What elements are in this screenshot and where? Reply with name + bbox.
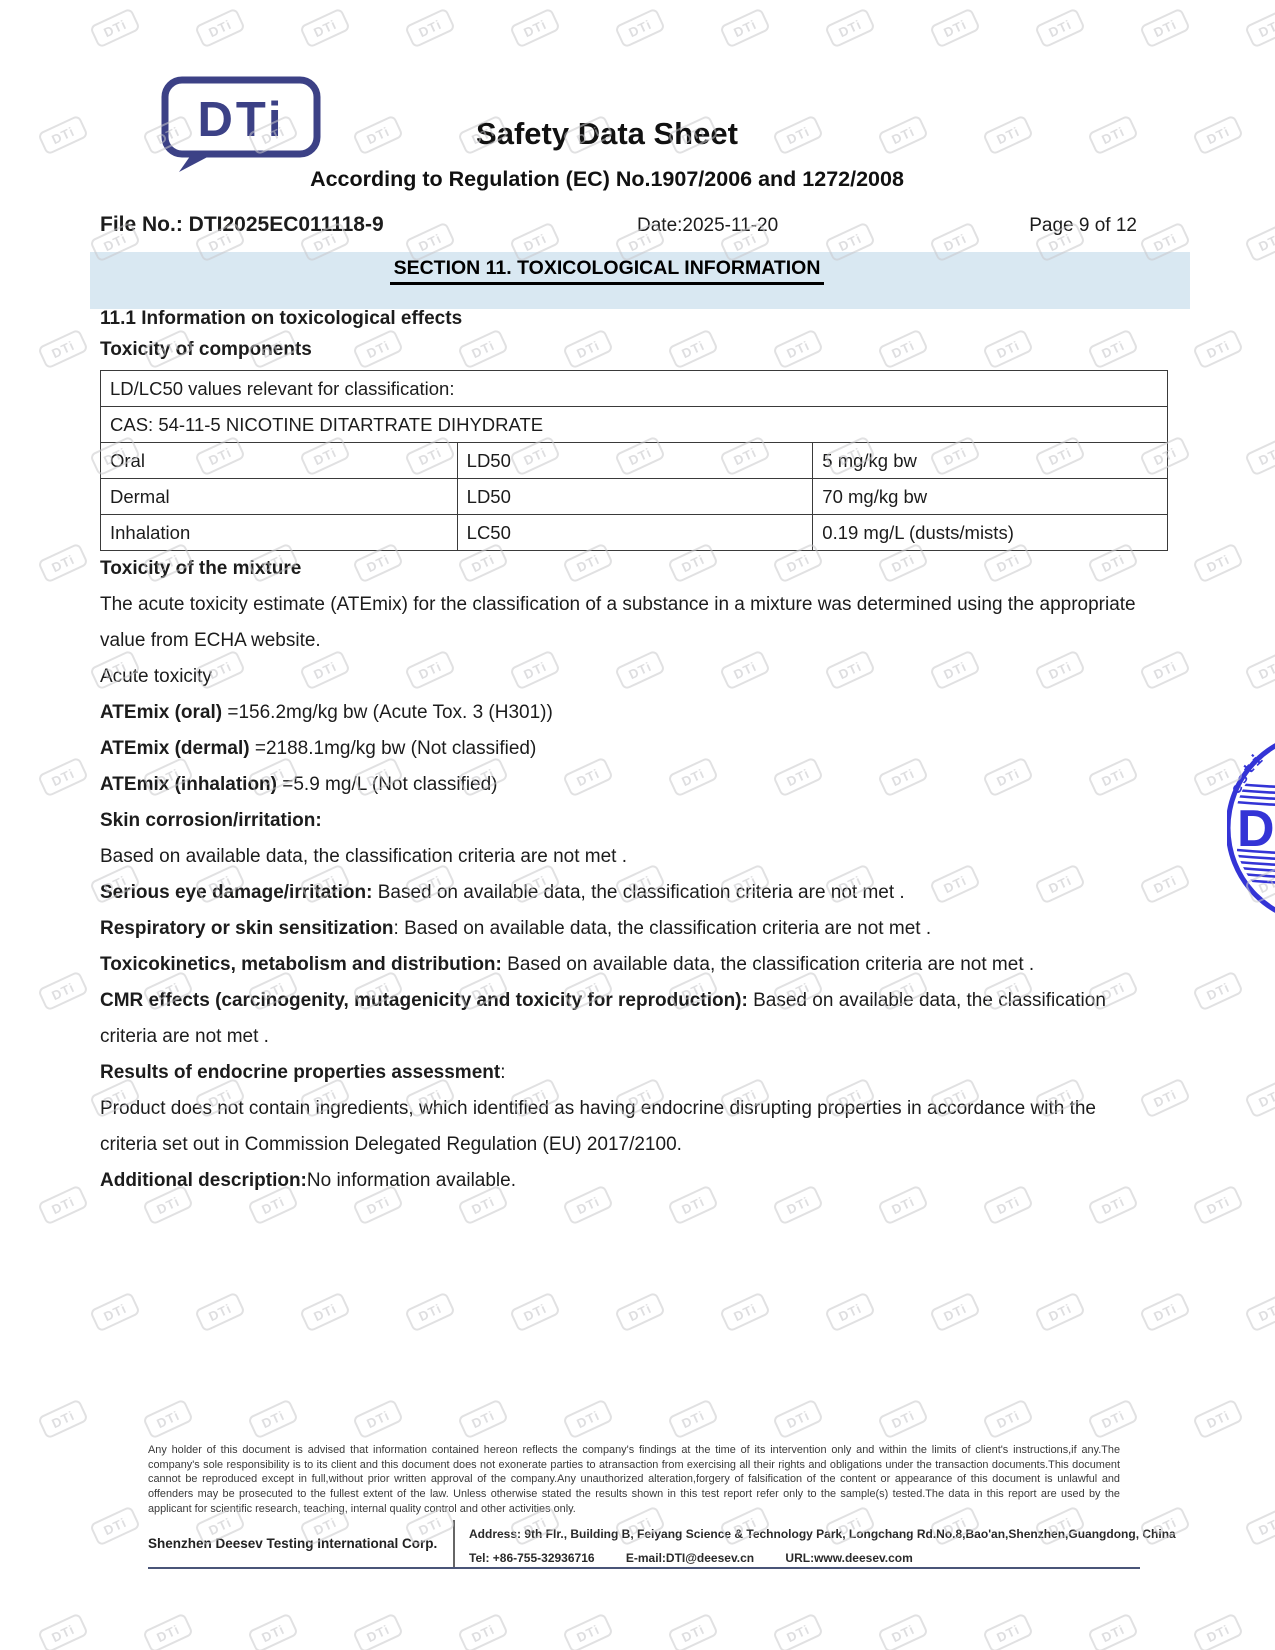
dti-watermark-badge: DTi [37, 756, 89, 797]
dti-watermark-badge: DTi [247, 1398, 299, 1439]
heading-toxicity-components: Toxicity of components [100, 337, 1168, 363]
company-stamp: esti D [1227, 728, 1275, 932]
route-cell: Dermal [101, 479, 458, 515]
heading-11-1: 11.1 Information on toxicological effect… [100, 306, 1168, 332]
toxicity-table: LD/LC50 values relevant for classificati… [100, 370, 1168, 551]
atemix-oral-line: ATEmix (oral) =156.2mg/kg bw (Acute Tox.… [100, 695, 1155, 731]
footer-bottom-rule [148, 1567, 1140, 1569]
section-title: SECTION 11. TOXICOLOGICAL INFORMATION [390, 257, 825, 285]
value-cell: 0.19 mg/L (dusts/mists) [813, 515, 1168, 551]
dti-watermark-badge: DTi [247, 1612, 299, 1650]
dti-watermark-badge: DTi [772, 1612, 824, 1650]
value-cell: 70 mg/kg bw [813, 479, 1168, 515]
dti-watermark-badge: DTi [982, 1612, 1034, 1650]
page-subtitle: According to Regulation (EC) No.1907/200… [0, 167, 1214, 192]
stamp-seal-icon: esti D [1227, 728, 1275, 932]
dti-watermark-badge: DTi [1192, 542, 1244, 583]
test-cell: LC50 [457, 515, 813, 551]
dti-watermark-badge: DTi [1034, 7, 1086, 48]
dti-watermark-badge: DTi [352, 1612, 404, 1650]
section-band: SECTION 11. TOXICOLOGICAL INFORMATION [90, 252, 1190, 309]
dti-watermark-badge: DTi [37, 542, 89, 583]
page-title: Safety Data Sheet [0, 116, 1214, 152]
file-number: File No.: DTI2025EC011118-9 [100, 213, 384, 237]
footer-disclaimer: Any holder of this document is advised t… [148, 1443, 1120, 1517]
table-cas-cell: CAS: 54-11-5 NICOTINE DITARTRATE DIHYDRA… [101, 407, 1168, 443]
footer-url: URL:www.deesev.com [785, 1551, 912, 1565]
endocrine-heading-line: Results of endocrine properties assessme… [100, 1055, 1155, 1091]
dti-watermark-badge: DTi [194, 7, 246, 48]
dti-watermark-badge: DTi [719, 7, 771, 48]
dti-watermark-badge: DTi [457, 1612, 509, 1650]
dti-watermark-badge: DTi [1244, 1077, 1275, 1118]
dti-watermark-badge: DTi [1244, 435, 1275, 476]
dti-watermark-badge: DTi [1034, 1291, 1086, 1332]
dti-watermark-badge: DTi [1244, 1505, 1275, 1546]
dti-watermark-badge: DTi [89, 7, 141, 48]
dti-watermark-badge: DTi [614, 1291, 666, 1332]
table-row: Oral LD50 5 mg/kg bw [101, 443, 1168, 479]
respiratory-line: Respiratory or skin sensitization: Based… [100, 911, 1155, 947]
dti-watermark-badge: DTi [877, 1398, 929, 1439]
footer-contact: Tel: +86-755-32936716 E-mail:DTI@deesev.… [469, 1551, 1169, 1565]
table-row: CAS: 54-11-5 NICOTINE DITARTRATE DIHYDRA… [101, 407, 1168, 443]
dti-watermark-badge: DTi [1192, 1398, 1244, 1439]
dti-watermark-badge: DTi [194, 1291, 246, 1332]
dti-watermark-badge: DTi [457, 1398, 509, 1439]
dti-watermark-badge: DTi [1192, 970, 1244, 1011]
dti-watermark-badge: DTi [37, 970, 89, 1011]
acute-toxicity-label: Acute toxicity [100, 659, 1155, 695]
dti-watermark-badge: DTi [1192, 328, 1244, 369]
test-cell: LD50 [457, 443, 813, 479]
main-content: 11.1 Information on toxicological effect… [100, 306, 1168, 1199]
footer-email: E-mail:DTI@deesev.cn [626, 1551, 754, 1565]
dti-watermark-badge: DTi [37, 1612, 89, 1650]
heading-toxicity-mixture: Toxicity of the mixture [100, 551, 1155, 587]
dti-watermark-badge: DTi [404, 7, 456, 48]
dti-watermark-badge: DTi [1244, 649, 1275, 690]
route-cell: Inhalation [101, 515, 458, 551]
dti-watermark-badge: DTi [772, 1398, 824, 1439]
footer-address: Address: 9th Flr., Building B, Feiyang S… [469, 1527, 1169, 1541]
dti-watermark-badge: DTi [1192, 1184, 1244, 1225]
dti-watermark-badge: DTi [142, 1612, 194, 1650]
dti-watermark-badge: DTi [404, 1291, 456, 1332]
dti-watermark-badge: DTi [667, 1398, 719, 1439]
dti-watermark-badge: DTi [1192, 1612, 1244, 1650]
dti-watermark-badge: DTi [719, 1291, 771, 1332]
dti-watermark-badge: DTi [562, 1612, 614, 1650]
dti-watermark-badge: DTi [667, 1612, 719, 1650]
dti-watermark-badge: DTi [509, 7, 561, 48]
dti-watermark-badge: DTi [37, 328, 89, 369]
toxicokinetics-line: Toxicokinetics, metabolism and distribut… [100, 947, 1155, 983]
footer-vertical-divider [453, 1520, 455, 1567]
cmr-line: CMR effects (carcinogenity, mutagenicity… [100, 983, 1155, 1055]
dti-watermark-badge: DTi [1244, 1291, 1275, 1332]
route-cell: Oral [101, 443, 458, 479]
atemix-intro: The acute toxicity estimate (ATEmix) for… [100, 587, 1155, 659]
dti-watermark-badge: DTi [824, 7, 876, 48]
page-indicator: Page 9 of 12 [965, 215, 1137, 237]
table-row: Dermal LD50 70 mg/kg bw [101, 479, 1168, 515]
file-info-row: File No.: DTI2025EC011118-9 Date:2025-11… [0, 213, 1275, 243]
dti-watermark-badge: DTi [37, 1398, 89, 1439]
table-row: LD/LC50 values relevant for classificati… [101, 371, 1168, 407]
dti-watermark-badge: DTi [352, 1398, 404, 1439]
svg-text:esti: esti [1227, 749, 1268, 796]
heading-skin-corrosion: Skin corrosion/irritation: [100, 803, 1155, 839]
company-name: Shenzhen Deesev Testing International Co… [148, 1536, 448, 1551]
value-cell: 5 mg/kg bw [813, 443, 1168, 479]
table-header-cell: LD/LC50 values relevant for classificati… [101, 371, 1168, 407]
atemix-dermal-line: ATEmix (dermal) =2188.1mg/kg bw (Not cla… [100, 731, 1155, 767]
dti-watermark-badge: DTi [89, 1505, 141, 1546]
dti-watermark-badge: DTi [509, 1291, 561, 1332]
dti-watermark-badge: DTi [1087, 1612, 1139, 1650]
dti-watermark-badge: DTi [929, 1291, 981, 1332]
dti-watermark-badge: DTi [929, 7, 981, 48]
document-date: Date:2025-11-20 [637, 215, 778, 237]
dti-watermark-badge: DTi [1139, 1291, 1191, 1332]
svg-text:D: D [1237, 800, 1275, 858]
dti-watermark-badge: DTi [299, 1291, 351, 1332]
atemix-inhalation-line: ATEmix (inhalation) =5.9 mg/L (Not class… [100, 767, 1155, 803]
test-cell: LD50 [457, 479, 813, 515]
dti-watermark-badge: DTi [1087, 1398, 1139, 1439]
dti-watermark-badge: DTi [877, 1612, 929, 1650]
dti-watermark-badge: DTi [614, 7, 666, 48]
dti-watermark-badge: DTi [562, 1398, 614, 1439]
footer-tel: Tel: +86-755-32936716 [469, 1551, 595, 1565]
skin-corrosion-text: Based on available data, the classificat… [100, 839, 1155, 875]
eye-damage-line: Serious eye damage/irritation: Based on … [100, 875, 1155, 911]
table-row: Inhalation LC50 0.19 mg/L (dusts/mists) [101, 515, 1168, 551]
dti-watermark-badge: DTi [1244, 7, 1275, 48]
additional-description-line: Additional description:No information av… [100, 1163, 1155, 1199]
dti-watermark-badge: DTi [299, 7, 351, 48]
dti-watermark-badge: DTi [824, 1291, 876, 1332]
endocrine-text: Product does not contain ingredients, wh… [100, 1091, 1155, 1163]
dti-watermark-badge: DTi [1139, 7, 1191, 48]
dti-watermark-badge: DTi [142, 1398, 194, 1439]
dti-watermark-badge: DTi [37, 1184, 89, 1225]
dti-watermark-badge: DTi [982, 1398, 1034, 1439]
dti-watermark-badge: DTi [89, 1291, 141, 1332]
